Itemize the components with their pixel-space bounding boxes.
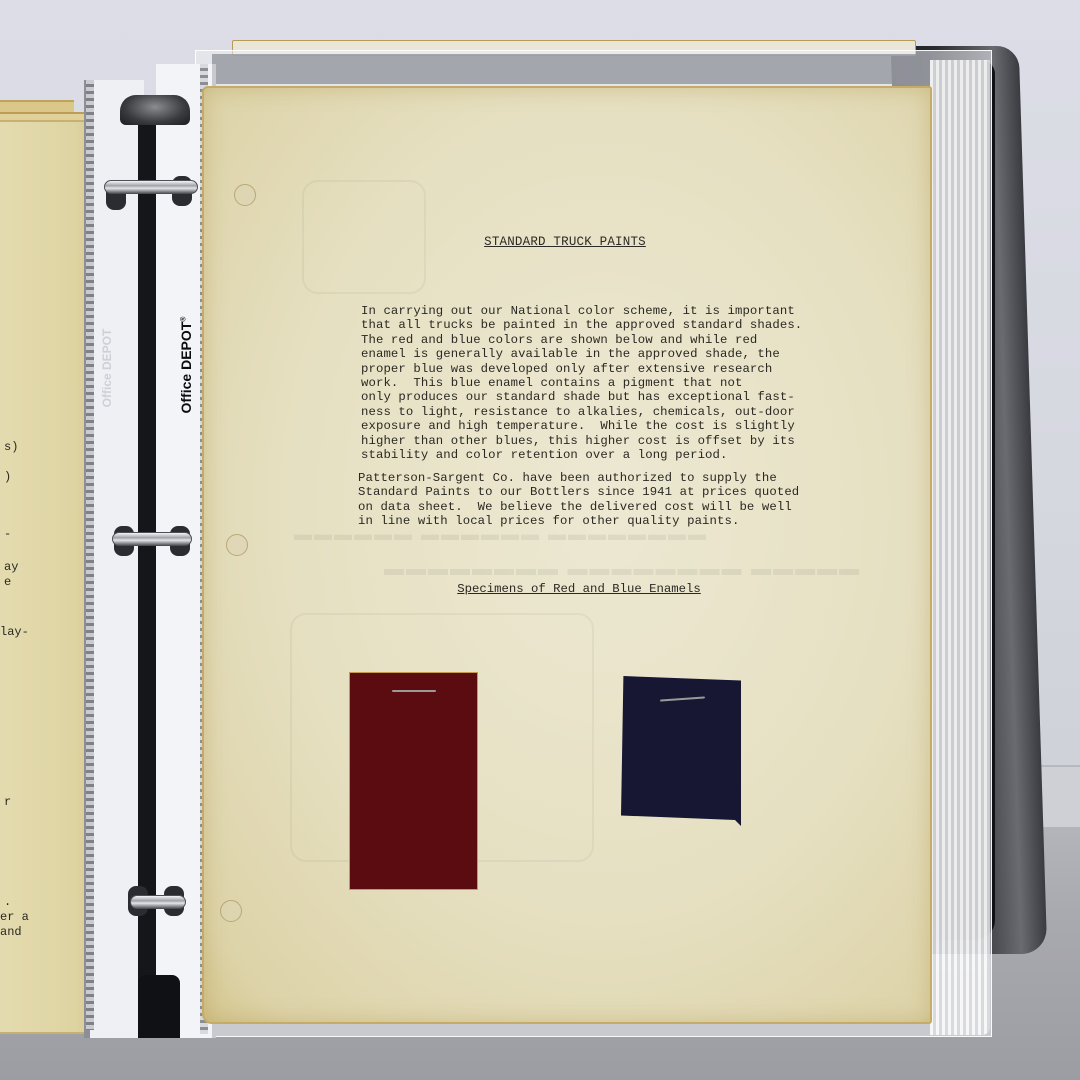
brand-name-second: DEPOT: [178, 322, 194, 370]
paragraph_1-line: ness to light, resistance to alkalies, c…: [361, 405, 802, 419]
paragraph_1-line: higher than other blues, this higher cos…: [361, 434, 802, 448]
left-page-text-fragment: s): [4, 440, 24, 454]
paragraph_1-line: only produces our standard shade but has…: [361, 390, 802, 404]
left-page-text-fragment: er a: [0, 910, 24, 924]
document-title: STANDARD TRUCK PAINTS: [202, 235, 928, 249]
paragraph_2-line: on data sheet. We believe the delivered …: [358, 500, 799, 514]
left-page-text-fragment: ): [4, 470, 24, 484]
paragraph_1-line: In carrying out our National color schem…: [361, 304, 802, 318]
paragraph_2-line: Standard Paints to our Bottlers since 19…: [358, 485, 799, 499]
binder-ring-top: [104, 180, 198, 194]
punch-hole-bottom: [220, 900, 242, 922]
bleed-through-text: ▬▬▬▬▬▬▬▬ ▬▬▬▬▬▬▬▬ ▬▬▬▬▬: [384, 558, 861, 581]
paragraph_1-line: The red and blue colors are shown below …: [361, 333, 802, 347]
left-page-text-fragment: .: [4, 895, 24, 909]
sheet-protector-stack-edges: [930, 60, 990, 1035]
paragraph_2-line: Patterson-Sargent Co. have been authoriz…: [358, 471, 799, 485]
paragraph_1-line: work. This blue enamel contains a pigmen…: [361, 376, 802, 390]
paragraph_2-line: in line with local prices for other qual…: [358, 514, 799, 528]
red-enamel-swatch: [350, 673, 477, 889]
specimens-heading: Specimens of Red and Blue Enamels: [216, 582, 942, 596]
left-page-text-fragment: e: [4, 575, 24, 589]
office-depot-logo-reverse: Office DEPOT: [100, 318, 116, 418]
document-page: ▬▬▬▬▬▬ ▬▬▬▬▬▬ ▬▬▬▬▬▬▬▬ ▬▬▬▬▬▬▬▬ ▬▬▬▬▬▬▬▬…: [202, 86, 932, 1024]
sheet-protector-top-band: [212, 54, 932, 84]
left-strip-perforation: [86, 80, 94, 1030]
binder-ring-middle: [112, 532, 192, 546]
binding-strip-notch: [138, 975, 180, 1038]
paragraph-supplier: Patterson-Sargent Co. have been authoriz…: [358, 471, 799, 529]
left-page-text-fragment: ay: [4, 560, 24, 574]
registered-mark: ®: [180, 317, 187, 322]
paragraph_1-line: enamel is generally available in the app…: [361, 347, 802, 361]
office-depot-logo: Office DEPOT®: [178, 305, 198, 425]
left-page-text-fragment: -: [4, 527, 24, 541]
paragraph_1-line: proper blue was developed only after ext…: [361, 362, 802, 376]
paragraph_1-line: exposure and high temperature. While the…: [361, 419, 802, 433]
paragraph_1-line: stability and color retention over a lon…: [361, 448, 802, 462]
left-page-text-fragment: r: [4, 795, 24, 809]
binder-ring-bottom: [130, 895, 186, 909]
brand-name-first: Office: [178, 374, 194, 414]
punch-hole-middle: [226, 534, 248, 556]
ring-mechanism-lever[interactable]: [120, 95, 190, 125]
left-page-text-fragment: lay-: [0, 625, 24, 639]
left-page-text-fragment: and: [0, 925, 24, 939]
staple-icon: [392, 690, 436, 692]
punch-hole-top: [234, 184, 256, 206]
paragraph_1-line: that all trucks be painted in the approv…: [361, 318, 802, 332]
paragraph-color-scheme: In carrying out our National color schem…: [361, 304, 802, 462]
